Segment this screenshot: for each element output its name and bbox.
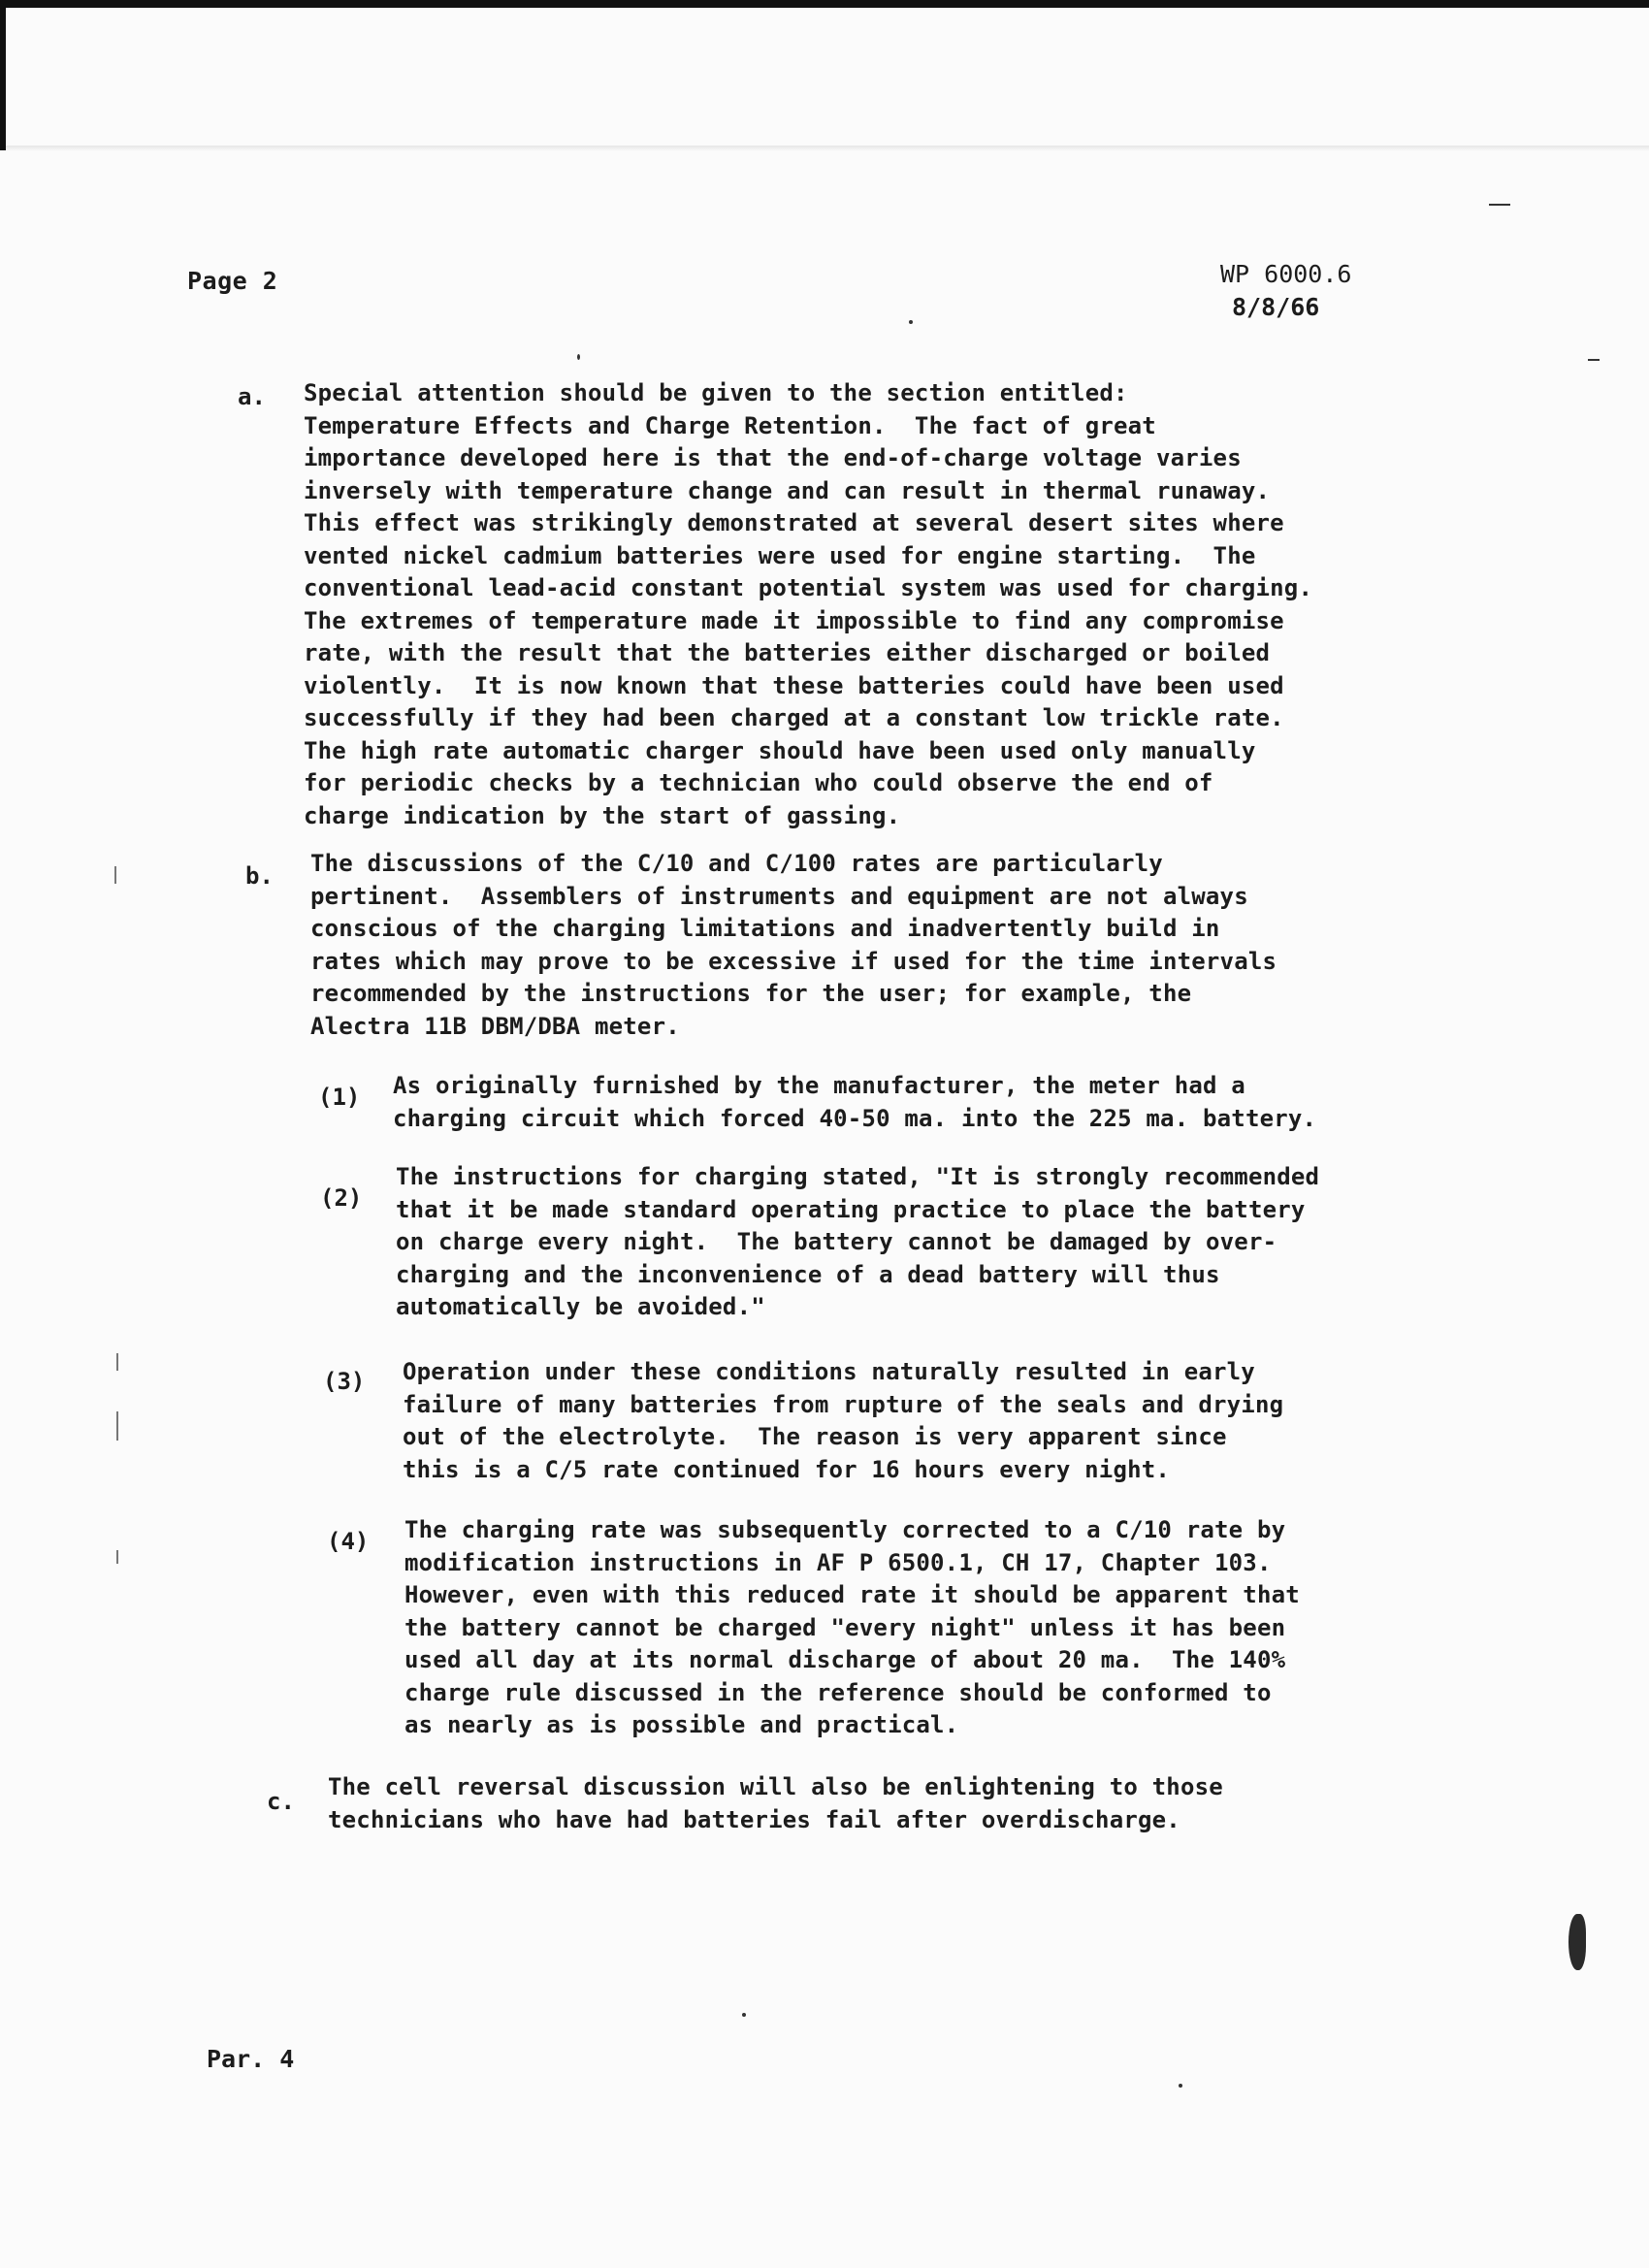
text-line: recommended by the instructions for the … <box>310 978 1277 1011</box>
document-id: WP 6000.6 <box>1220 260 1351 288</box>
text-line: used all day at its normal discharge of … <box>404 1644 1300 1677</box>
subitem-1-marker: (1) <box>318 1084 360 1111</box>
text-line: pertinent. Assemblers of instruments and… <box>310 881 1277 914</box>
text-line: The charging rate was subsequently corre… <box>404 1514 1300 1547</box>
text-line: automatically be avoided." <box>396 1291 1319 1324</box>
binder-hole-mark <box>1568 1914 1586 1970</box>
text-line: out of the electrolyte. The reason is ve… <box>403 1421 1283 1454</box>
text-line: on charge every night. The battery canno… <box>396 1226 1319 1259</box>
paragraph-footer: Par. 4 <box>207 2045 294 2073</box>
text-line: charging circuit which forced 40-50 ma. … <box>393 1103 1316 1136</box>
text-line: The instructions for charging stated, "I… <box>396 1161 1319 1194</box>
margin-mark <box>114 866 116 884</box>
text-line: The cell reversal discussion will also b… <box>328 1771 1223 1804</box>
scan-border-left <box>0 0 6 150</box>
subitem-3-marker: (3) <box>323 1368 365 1395</box>
text-line: The extremes of temperature made it impo… <box>304 605 1312 638</box>
scan-speck <box>577 354 580 360</box>
text-line: As originally furnished by the manufactu… <box>393 1070 1316 1103</box>
text-line: this is a C/5 rate continued for 16 hour… <box>403 1454 1283 1487</box>
text-line: charge rule discussed in the reference s… <box>404 1677 1300 1710</box>
scan-speck <box>742 2013 746 2017</box>
text-line: conscious of the charging limitations an… <box>310 913 1277 946</box>
text-line: This effect was strikingly demonstrated … <box>304 507 1312 540</box>
text-line: successfully if they had been charged at… <box>304 702 1312 735</box>
text-line: for periodic checks by a technician who … <box>304 767 1312 800</box>
subitem-1-text: As originally furnished by the manufactu… <box>393 1070 1316 1135</box>
text-line: technicians who have had batteries fail … <box>328 1804 1223 1837</box>
text-line: The high rate automatic charger should h… <box>304 735 1312 768</box>
scan-speck <box>909 320 913 324</box>
text-line: inversely with temperature change and ca… <box>304 475 1312 508</box>
text-line: rate, with the result that the batteries… <box>304 637 1312 670</box>
text-line: rates which may prove to be excessive if… <box>310 946 1277 979</box>
text-line: The discussions of the C/10 and C/100 ra… <box>310 848 1277 881</box>
text-line: Alectra 11B DBM/DBA meter. <box>310 1011 1277 1044</box>
margin-mark <box>116 1353 118 1371</box>
item-a-text: Special attention should be given to the… <box>304 377 1312 832</box>
text-line: the battery cannot be charged "every nig… <box>404 1612 1300 1645</box>
document-date: 8/8/66 <box>1232 293 1319 321</box>
text-line: failure of many batteries from rupture o… <box>403 1389 1283 1422</box>
text-line: vented nickel cadmium batteries were use… <box>304 540 1312 573</box>
text-line: conventional lead-acid constant potentia… <box>304 572 1312 605</box>
text-line: Temperature Effects and Charge Retention… <box>304 410 1312 443</box>
subitem-4-marker: (4) <box>327 1528 369 1555</box>
item-b-marker: b. <box>245 862 274 890</box>
text-line: charge indication by the start of gassin… <box>304 800 1312 833</box>
item-c-marker: c. <box>267 1788 295 1815</box>
item-b-text: The discussions of the C/10 and C/100 ra… <box>310 848 1277 1043</box>
subitem-2-text: The instructions for charging stated, "I… <box>396 1161 1319 1324</box>
text-line: However, even with this reduced rate it … <box>404 1579 1300 1612</box>
text-line: as nearly as is possible and practical. <box>404 1709 1300 1742</box>
margin-mark <box>116 1550 118 1564</box>
subitem-3-text: Operation under these conditions natural… <box>403 1356 1283 1486</box>
text-line: charging and the inconvenience of a dead… <box>396 1259 1319 1292</box>
text-line: violently. It is now known that these ba… <box>304 670 1312 703</box>
text-line: Operation under these conditions natural… <box>403 1356 1283 1389</box>
scan-speck <box>1179 2084 1182 2088</box>
text-line: Special attention should be given to the… <box>304 377 1312 410</box>
item-a-marker: a. <box>238 383 266 410</box>
subitem-2-marker: (2) <box>320 1184 362 1212</box>
margin-mark <box>116 1411 118 1441</box>
text-line: that it be made standard operating pract… <box>396 1194 1319 1227</box>
scan-speck <box>1489 204 1510 206</box>
scan-shadow <box>6 146 1649 151</box>
subitem-4-text: The charging rate was subsequently corre… <box>404 1514 1300 1742</box>
text-line: importance developed here is that the en… <box>304 442 1312 475</box>
scan-border-top <box>0 0 1649 8</box>
text-line: modification instructions in AF P 6500.1… <box>404 1547 1300 1580</box>
page-label: Page 2 <box>187 267 277 295</box>
item-c-text: The cell reversal discussion will also b… <box>328 1771 1223 1836</box>
scan-speck <box>1588 359 1600 361</box>
